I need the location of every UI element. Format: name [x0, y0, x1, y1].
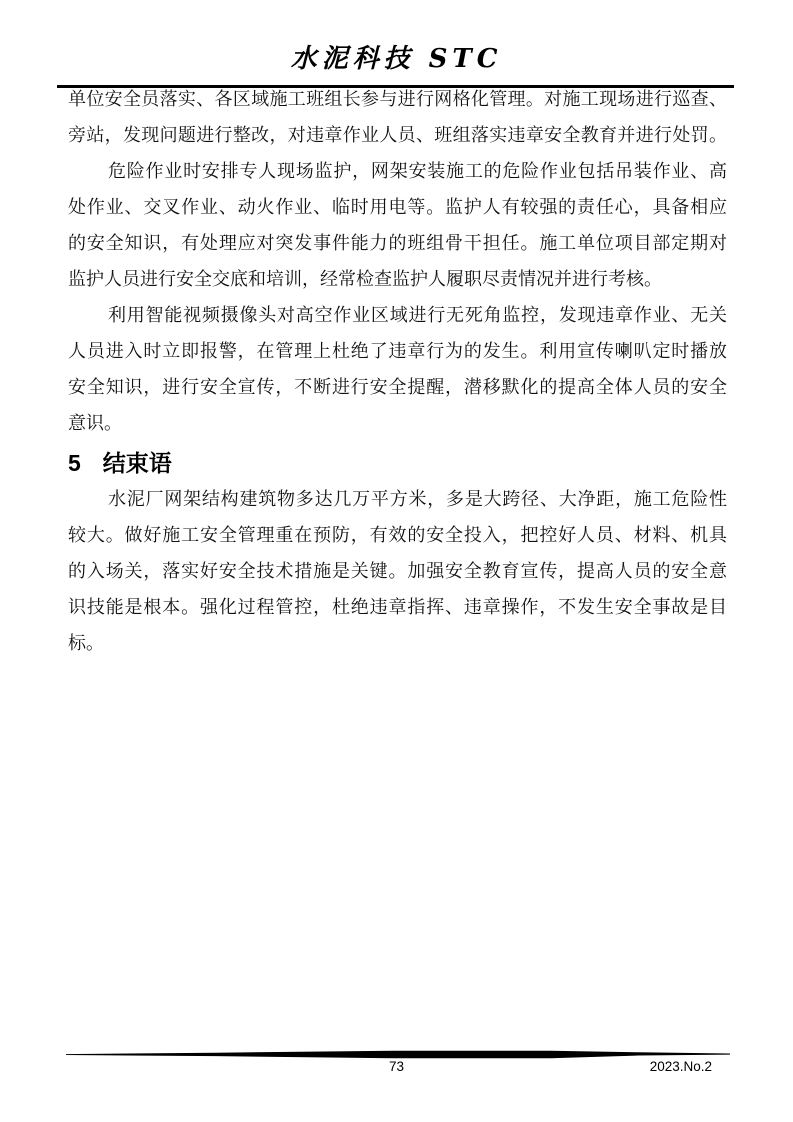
text-line: 的入场关，落实好安全技术措施是关键。加强安全教育宣传，提高人员的安全意	[68, 553, 727, 589]
journal-title: 水泥科技 STC	[0, 44, 793, 74]
page-footer: 73 2023.No.2	[0, 1058, 793, 1076]
section-number: 5	[68, 445, 81, 481]
text-line: 人员进入时立即报警，在管理上杜绝了违章行为的发生。利用宣传喇叭定时播放	[68, 333, 727, 369]
text-line: 利用智能视频摄像头对高空作业区域进行无死角监控，发现违章作业、无关	[68, 297, 727, 333]
paragraph: 单位安全员落实、各区域施工班组长参与进行网格化管理。对施工现场进行巡查、 旁站，…	[68, 81, 727, 153]
text-line: 水泥厂网架结构建筑物多达几万平方米，多是大跨径、大净距，施工危险性	[68, 481, 727, 517]
text-line: 较大。做好施工安全管理重在预防，有效的安全投入，把控好人员、材料、机具	[68, 517, 727, 553]
document-page: 水泥科技 STC 单位安全员落实、各区域施工班组长参与进行网格化管理。对施工现场…	[0, 0, 793, 1122]
paragraph: 危险作业时安排专人现场监护，网架安装施工的危险作业包括吊装作业、高 处作业、交叉…	[68, 153, 727, 297]
text-line: 危险作业时安排专人现场监护，网架安装施工的危险作业包括吊装作业、高	[68, 153, 727, 189]
text-line: 标。	[68, 625, 727, 661]
text-line: 安全知识，进行安全宣传，不断进行安全提醒，潜移默化的提高全体人员的安全	[68, 369, 727, 405]
text-line: 旁站，发现问题进行整改，对违章作业人员、班组落实违章安全教育并进行处罚。	[68, 117, 727, 153]
issue-number: 2023.No.2	[650, 1058, 712, 1076]
text-line: 单位安全员落实、各区域施工班组长参与进行网格化管理。对施工现场进行巡查、	[68, 81, 727, 117]
section-heading: 5结束语	[68, 445, 727, 481]
text-line: 意识。	[68, 405, 727, 441]
article-body: 单位安全员落实、各区域施工班组长参与进行网格化管理。对施工现场进行巡查、 旁站，…	[68, 81, 727, 661]
section-title: 结束语	[103, 450, 172, 476]
paragraph: 水泥厂网架结构建筑物多达几万平方米，多是大跨径、大净距，施工危险性 较大。做好施…	[68, 481, 727, 661]
text-line: 识技能是根本。强化过程管控，杜绝违章指挥、违章操作，不发生安全事故是目	[68, 589, 727, 625]
text-line: 的安全知识，有处理应对突发事件能力的班组骨干担任。施工单位项目部定期对	[68, 225, 727, 261]
paragraph: 利用智能视频摄像头对高空作业区域进行无死角监控，发现违章作业、无关 人员进入时立…	[68, 297, 727, 441]
text-line: 监护人员进行安全交底和培训，经常检查监护人履职尽责情况并进行考核。	[68, 261, 727, 297]
text-line: 处作业、交叉作业、动火作业、临时用电等。监护人有较强的责任心，具备相应	[68, 189, 727, 225]
